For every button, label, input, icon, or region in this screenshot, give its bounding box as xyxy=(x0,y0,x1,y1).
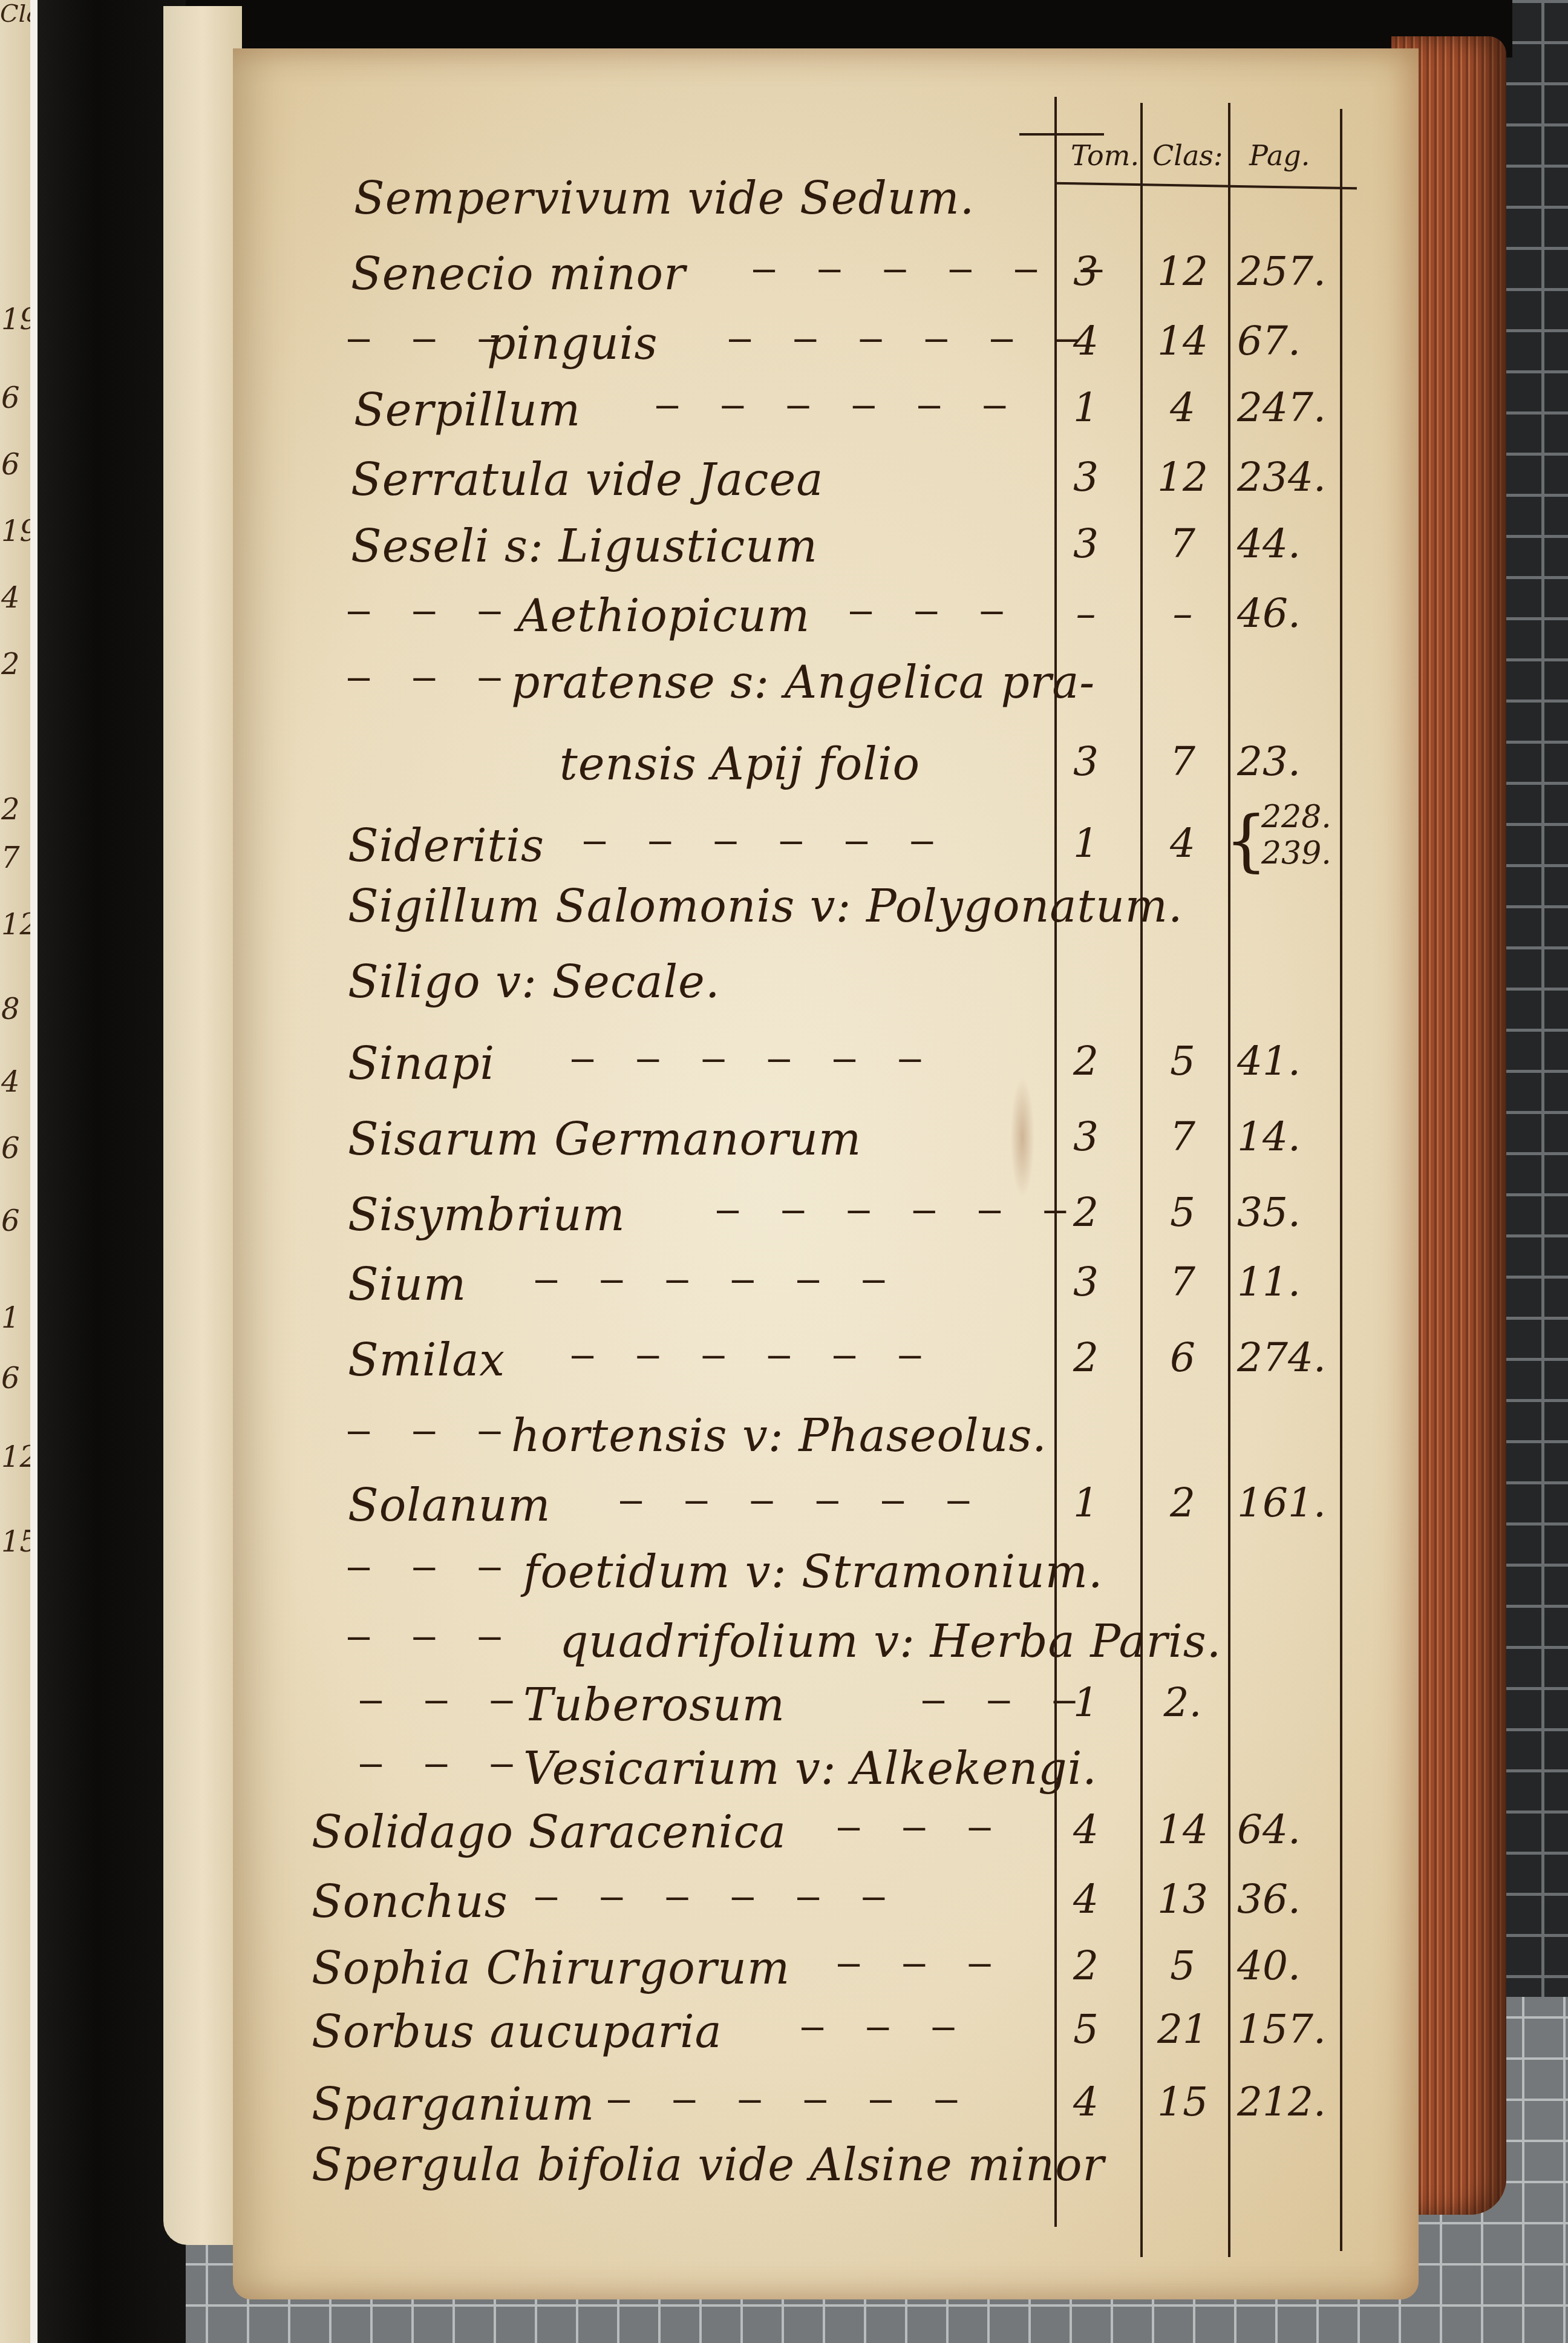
index-entry: – – – pratense s: Angelica pra- xyxy=(233,657,1419,711)
inner-page-edge xyxy=(163,6,242,2245)
leader-dashes: – – – – – – xyxy=(608,2079,968,2121)
pag-value: 234. xyxy=(1237,454,1352,500)
pag-value: 14. xyxy=(1237,1113,1352,1160)
pag-value: 257. xyxy=(1237,248,1352,295)
index-entry-continuation: tensis Apij folio 3 7 23. xyxy=(233,738,1419,793)
pag-value: 212. xyxy=(1237,2079,1352,2125)
index-entry: Solidago Saracenica – – – 4 14 64. xyxy=(233,1806,1419,1861)
leader-dashes: – – – – – – xyxy=(656,384,1016,427)
index-entry: Sisymbrium – – – – – – 2 5 35. xyxy=(233,1189,1419,1244)
tom-value: 3 xyxy=(1053,1113,1119,1160)
clas-value: 5 xyxy=(1143,1942,1222,1989)
index-entry: – – – pinguis – – – – – – 4 14 67. xyxy=(233,318,1419,372)
entry-name: Siligo v: Secale. xyxy=(348,956,720,1008)
tom-value: 3 xyxy=(1053,1259,1119,1305)
index-entry: Siligo v: Secale. xyxy=(233,956,1419,1011)
pag-value: 239. xyxy=(1261,835,1331,871)
leader-dashes: – – – xyxy=(850,590,1014,632)
entry-name: tensis Apij folio xyxy=(560,738,920,790)
pag-value: 35. xyxy=(1237,1189,1352,1236)
index-entry: Sideritis – – – – – – 1 4 { 228. 239. xyxy=(233,820,1419,874)
margin-number: 6 xyxy=(1,448,20,482)
clas-value: 5 xyxy=(1143,1038,1222,1084)
entry-name: Sparganium xyxy=(312,2079,595,2131)
column-header-pag: Pag. xyxy=(1249,139,1310,172)
index-entry: – – – Aethiopicum – – – – – 46. xyxy=(233,590,1419,644)
index-entry: Sisarum Germanorum 3 7 14. xyxy=(233,1113,1419,1168)
ditto-mark: – – – xyxy=(360,1679,524,1722)
tom-value: 4 xyxy=(1053,1806,1119,1853)
entry-name: hortensis v: Phaseolus. xyxy=(511,1410,1047,1462)
photo-grid-background-shadow xyxy=(1500,0,1568,1997)
ditto-mark: – – – xyxy=(348,1546,512,1588)
entry-name: Sinapi xyxy=(348,1038,495,1090)
tom-value: 3 xyxy=(1053,520,1119,567)
entry-name: Aethiopicum xyxy=(517,590,810,642)
tom-value: 1 xyxy=(1053,384,1119,431)
margin-number: 6 xyxy=(1,1362,20,1395)
pag-value: 161. xyxy=(1237,1480,1352,1526)
tom-value: 4 xyxy=(1053,318,1119,364)
clas-value: – xyxy=(1143,590,1222,637)
entry-name: Sium xyxy=(348,1259,466,1311)
index-entry: Seseli s: Ligusticum 3 7 44. xyxy=(233,520,1419,575)
pag-value: 157. xyxy=(1237,2006,1352,2053)
margin-number: 6 xyxy=(1,381,20,415)
clas-value: 6 xyxy=(1143,1334,1222,1381)
clas-value: 2. xyxy=(1143,1679,1222,1726)
clas-value: 12 xyxy=(1143,454,1222,500)
entry-name: pinguis xyxy=(487,318,658,370)
column-header-clas: Clas: xyxy=(1152,139,1223,172)
clas-value: 12 xyxy=(1143,248,1222,295)
pag-value: 46. xyxy=(1237,590,1352,637)
entry-name: Solanum xyxy=(348,1480,551,1532)
entry-name: Spergula bifolia vide Alsine minor xyxy=(312,2139,1105,2191)
index-entry: – – – Vesicarium v: Alkekengi. xyxy=(233,1743,1419,1797)
entry-name: Serpillum xyxy=(354,384,581,436)
pag-value: 41. xyxy=(1237,1038,1352,1084)
index-page: Tom. Clas: Pag. Sempervivum vide Sedum. … xyxy=(233,48,1419,2299)
entry-name: Sigillum Salomonis v: Polygonatum. xyxy=(348,880,1183,932)
index-entry: Serpillum – – – – – – 1 4 247. xyxy=(233,384,1419,439)
entry-name: Sonchus xyxy=(312,1876,508,1928)
index-entry: Solanum – – – – – – 1 2 161. xyxy=(233,1480,1419,1534)
index-entry: Sophia Chirurgorum – – – 2 5 40. xyxy=(233,1942,1419,1997)
clas-value: 7 xyxy=(1143,520,1222,567)
entry-name: Sisymbrium xyxy=(348,1189,626,1241)
pag-value: 11. xyxy=(1237,1259,1352,1305)
leader-dashes: – – – xyxy=(802,2006,965,2048)
pag-value: 247. xyxy=(1237,384,1352,431)
entry-name: Sorbus aucuparia xyxy=(312,2006,722,2058)
pag-value: 67. xyxy=(1237,318,1352,364)
index-entry: Sigillum Salomonis v: Polygonatum. xyxy=(233,880,1419,935)
index-entry: – – – hortensis v: Phaseolus. xyxy=(233,1410,1419,1464)
index-entry: Sempervivum vide Sedum. xyxy=(233,172,1419,227)
ditto-mark: – – – xyxy=(348,590,512,632)
margin-number: 1 xyxy=(1,1301,20,1335)
leader-dashes: – – – – – – xyxy=(572,1334,932,1377)
index-entry: Sinapi – – – – – – 2 5 41. xyxy=(233,1038,1419,1092)
tom-value: 3 xyxy=(1053,738,1119,785)
tom-value: 3 xyxy=(1053,248,1119,295)
entry-name: Sempervivum vide Sedum. xyxy=(354,172,975,224)
index-entry: Sparganium – – – – – – 4 15 212. xyxy=(233,2079,1419,2133)
entry-name: Vesicarium v: Alkekengi. xyxy=(523,1743,1097,1795)
index-entry: Senecio minor – – – – – – 3 12 257. xyxy=(233,248,1419,303)
margin-number: 7 xyxy=(1,841,20,875)
margin-number: 2 xyxy=(1,793,20,827)
ditto-mark: – – – xyxy=(348,657,512,699)
entry-name: Serratula vide Jacea xyxy=(351,454,823,506)
index-entry: Spergula bifolia vide Alsine minor xyxy=(233,2139,1419,2194)
clas-value: 5 xyxy=(1143,1189,1222,1236)
pag-value: 44. xyxy=(1237,520,1352,567)
clas-value: 14 xyxy=(1143,1806,1222,1853)
clas-value: 7 xyxy=(1143,1259,1222,1305)
clas-value: 15 xyxy=(1143,2079,1222,2125)
tom-value: 2 xyxy=(1053,1038,1119,1084)
tom-value: 2 xyxy=(1053,1334,1119,1381)
clas-value: 4 xyxy=(1143,820,1222,867)
entry-name: Seseli s: Ligusticum xyxy=(351,520,818,572)
tom-value: 3 xyxy=(1053,454,1119,500)
entry-name: Sisarum Germanorum xyxy=(348,1113,861,1165)
leader-dashes: – – – – – – xyxy=(620,1480,980,1522)
tom-value: 2 xyxy=(1053,1942,1119,1989)
clas-value: 14 xyxy=(1143,318,1222,364)
tom-value: 4 xyxy=(1053,1876,1119,1922)
clas-value: 4 xyxy=(1143,384,1222,431)
pag-value: 64. xyxy=(1237,1806,1352,1853)
pag-value: 228. xyxy=(1261,799,1331,835)
margin-number: 2 xyxy=(1,647,20,681)
entry-name: foetidum v: Stramonium. xyxy=(523,1546,1103,1598)
pag-value: 274. xyxy=(1237,1334,1352,1381)
clas-value: 7 xyxy=(1143,1113,1222,1160)
margin-number: 4 xyxy=(1,581,20,615)
index-entry: Smilax – – – – – – 2 6 274. xyxy=(233,1334,1419,1389)
pag-value: 36. xyxy=(1237,1876,1352,1922)
index-entry: – – – quadrifolium v: Herba Paris. xyxy=(233,1616,1419,1670)
leader-dashes: – – – xyxy=(838,1806,1002,1849)
entry-name: Smilax xyxy=(348,1334,505,1386)
tom-value: 2 xyxy=(1053,1189,1119,1236)
leader-dashes: – – – – – – xyxy=(717,1189,1077,1231)
leader-dashes: – – – – – – xyxy=(535,1876,895,1918)
leader-dashes: – – – – – – xyxy=(535,1259,895,1301)
ditto-mark: – – – xyxy=(360,1743,524,1785)
leader-dashes: – – – – – – xyxy=(584,820,944,862)
pag-value: 40. xyxy=(1237,1942,1352,1989)
pag-value: 23. xyxy=(1237,738,1352,785)
leader-dashes: – – – – – – xyxy=(729,318,1089,360)
margin-number: 6 xyxy=(1,1204,20,1238)
leader-dashes: – – – xyxy=(838,1942,1002,1985)
tom-value: 4 xyxy=(1053,2079,1119,2125)
tom-value: 1 xyxy=(1053,820,1119,867)
entry-name: Tuberosum xyxy=(523,1679,785,1731)
ditto-mark: – – – xyxy=(348,1616,512,1658)
index-entry: Sium – – – – – – 3 7 11. xyxy=(233,1259,1419,1313)
index-entry: Sonchus – – – – – – 4 13 36. xyxy=(233,1876,1419,1930)
leader-dashes: – – – – – – xyxy=(572,1038,932,1080)
tom-value: 1 xyxy=(1053,1679,1119,1726)
clas-value: 2 xyxy=(1143,1480,1222,1526)
ditto-mark: – – – xyxy=(348,1410,512,1452)
index-entry: – – – foetidum v: Stramonium. xyxy=(233,1546,1419,1601)
margin-number: 8 xyxy=(1,992,20,1026)
clas-value: 21 xyxy=(1143,2006,1222,2053)
clas-value: 7 xyxy=(1143,738,1222,785)
column-header-tom: Tom. xyxy=(1071,139,1139,172)
index-entry: – – – Tuberosum – – – 1 2. xyxy=(233,1679,1419,1734)
margin-number: 6 xyxy=(1,1132,20,1165)
index-entry: Sorbus aucuparia – – – 5 21 157. xyxy=(233,2006,1419,2060)
entry-name: Sophia Chirurgorum xyxy=(312,1942,790,1994)
margin-number: 4 xyxy=(1,1065,20,1099)
tom-value: 1 xyxy=(1053,1480,1119,1526)
tom-value: 5 xyxy=(1053,2006,1119,2053)
index-entry: Serratula vide Jacea 3 12 234. xyxy=(233,454,1419,508)
entry-name: Senecio minor xyxy=(351,248,686,300)
entry-name: Sideritis xyxy=(348,820,544,872)
entry-name: quadrifolium v: Herba Paris. xyxy=(560,1616,1221,1668)
clas-value: 13 xyxy=(1143,1876,1222,1922)
entry-name: pratense s: Angelica pra- xyxy=(511,657,1095,709)
entry-name: Solidago Saracenica xyxy=(312,1806,786,1858)
tom-value: – xyxy=(1053,590,1119,637)
header-rule-top xyxy=(1019,133,1104,136)
